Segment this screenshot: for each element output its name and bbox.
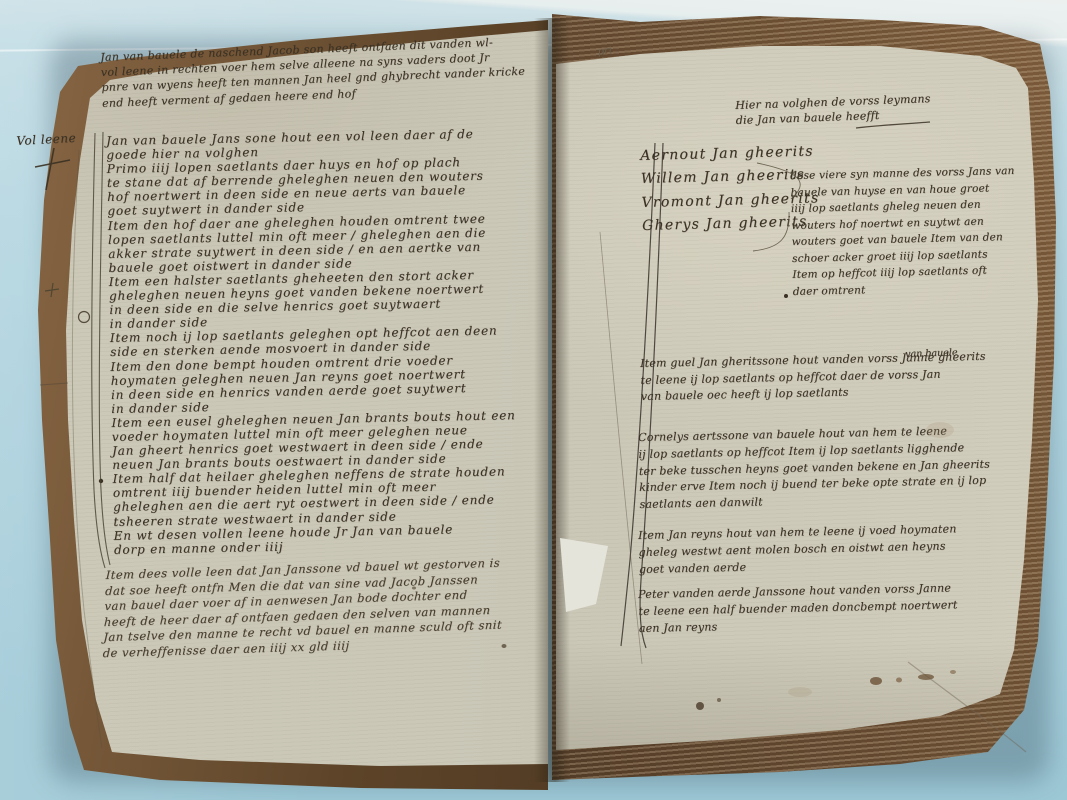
left-page-addendum-block: Item dees volle leen dat Jan Janssone vd… [102, 555, 504, 661]
bracket-note-block: dese viere syn manne des vorss Jans vanb… [790, 163, 1017, 300]
photo-background: Jan van bauele de naschend Jacob son hee… [0, 0, 1067, 800]
right-paragraph-4: Peter vanden aerde Janssone hout vanden … [638, 579, 958, 637]
interlinear-insertion: van bauele [905, 347, 958, 360]
left-page-entry-block: Jan van bauele Jans sone hout een vol le… [106, 126, 518, 556]
right-paragraph-3: Item Jan reyns hout van hem te leene ij … [638, 520, 957, 578]
book-gutter [534, 18, 570, 782]
right-paragraph-2: Cornelys aertssone van bauele hout van h… [638, 423, 991, 514]
right-page-corner-mark: pri [597, 45, 613, 58]
